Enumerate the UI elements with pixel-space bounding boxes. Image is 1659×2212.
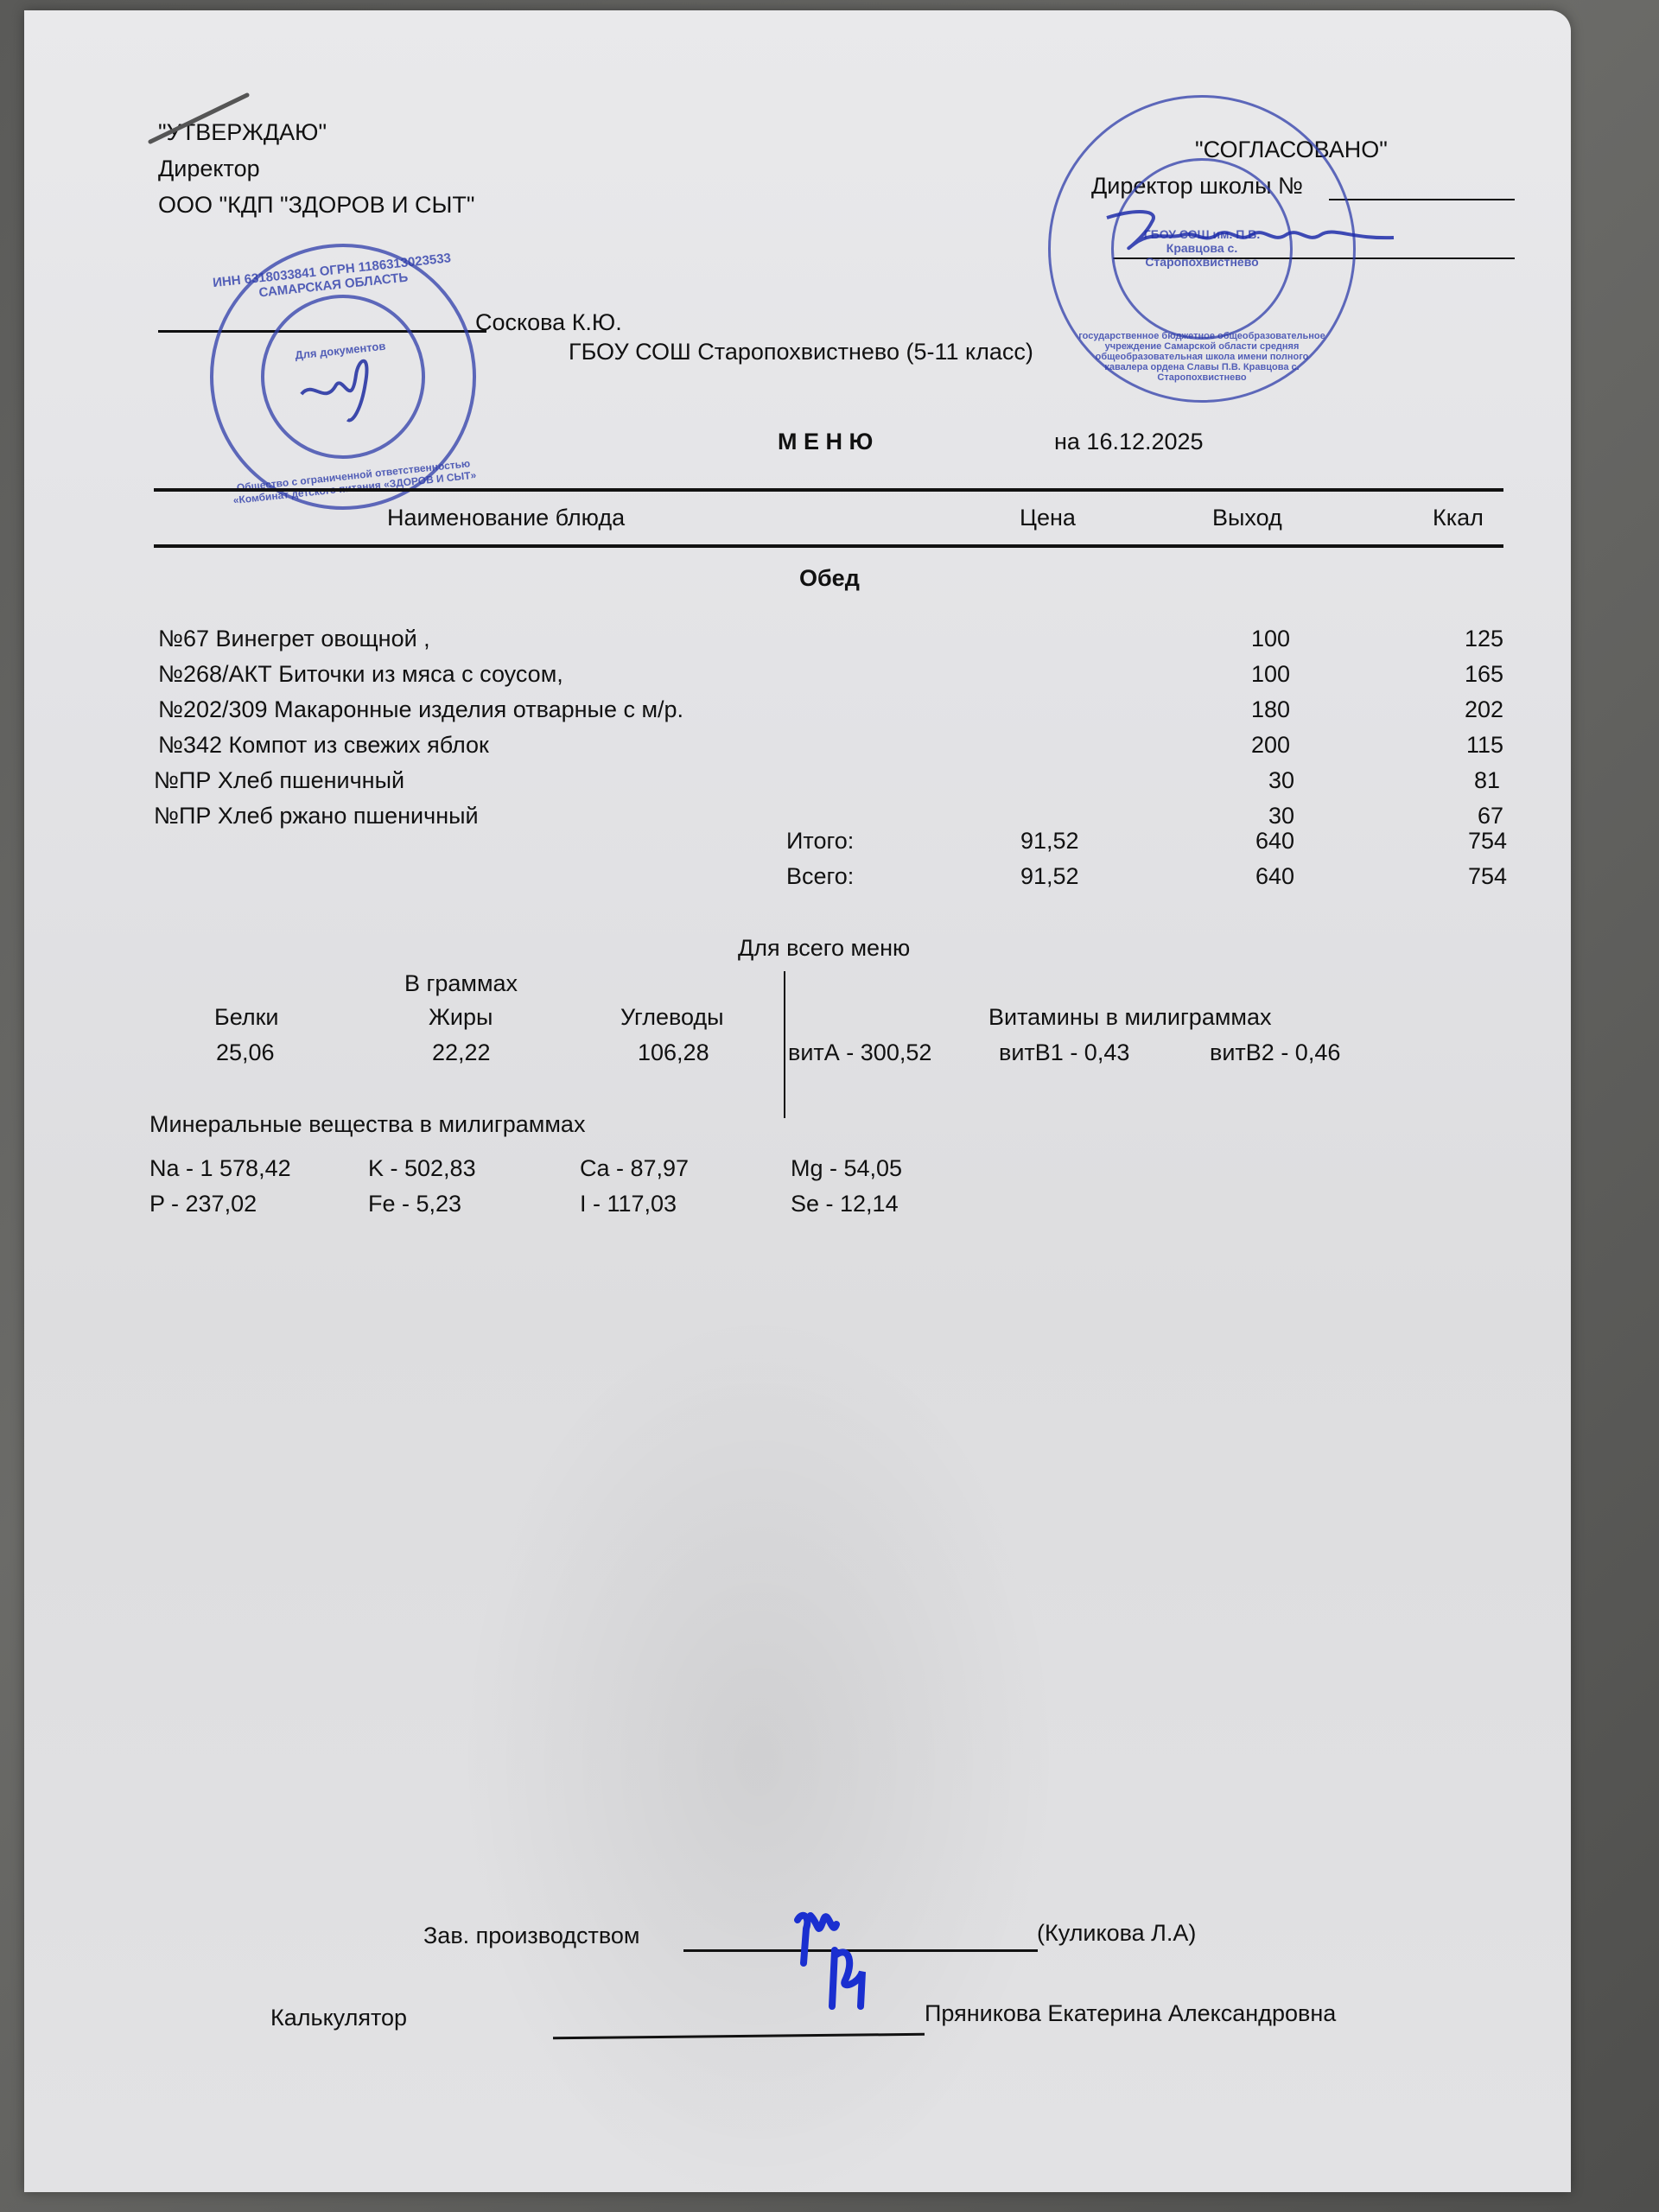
minerals-label: Минеральные вещества в милиграммах xyxy=(149,1113,585,1136)
company-stamp: ИНН 6318033841 ОГРН 1186313023533 САМАРС… xyxy=(197,231,490,524)
stamp-signature-icon xyxy=(293,346,396,433)
dish-name: №268/АКТ Биточки из мяса с соусом, xyxy=(158,663,563,686)
mineral-value: Se - 12,14 xyxy=(791,1192,899,1216)
production-manager-name: (Куликова Л.А) xyxy=(1037,1922,1196,1945)
total-kcal: 754 xyxy=(1372,865,1507,888)
approve-position: Директор xyxy=(158,157,260,181)
table-header-rule xyxy=(154,544,1503,548)
dish-name: №67 Винегрет овощной , xyxy=(158,627,430,651)
dish-yield: 200 xyxy=(1147,734,1290,757)
total-price: 91,52 xyxy=(1020,865,1079,888)
production-signature-icon xyxy=(785,1903,880,2015)
menu-date: на 16.12.2025 xyxy=(1054,430,1204,454)
column-header-kcal: Ккал xyxy=(1433,506,1484,530)
macro-protein-value: 25,06 xyxy=(216,1041,275,1065)
dish-kcal: 81 xyxy=(1372,769,1500,792)
dish-kcal: 165 xyxy=(1372,663,1503,686)
vitamin-b2: витВ2 - 0,46 xyxy=(1210,1041,1340,1065)
mineral-value: Ca - 87,97 xyxy=(580,1157,689,1180)
dish-yield: 100 xyxy=(1147,663,1290,686)
calculator-signature-line xyxy=(553,2033,925,2040)
calculator-label: Калькулятор xyxy=(270,2006,407,2030)
mineral-value: I - 117,03 xyxy=(580,1192,677,1216)
dish-name: №ПР Хлеб ржано пшеничный xyxy=(154,804,479,828)
vitamins-label: Витамины в милиграммах xyxy=(988,1006,1271,1029)
total-yield: 640 xyxy=(1147,865,1294,888)
column-header-name: Наименование блюда xyxy=(387,506,625,530)
dish-name: №202/309 Макаронные изделия отварные с м… xyxy=(158,698,683,721)
pen-mark-icon xyxy=(145,88,257,149)
total-label: Всего: xyxy=(786,865,854,888)
dish-yield: 180 xyxy=(1147,698,1290,721)
stamp-ring-text: Общество с ограниченной ответственностью… xyxy=(224,456,484,507)
mineral-value: P - 237,02 xyxy=(149,1192,257,1216)
agreed-signature-icon xyxy=(1100,205,1411,265)
subtotal-label: Итого: xyxy=(786,829,854,853)
macro-fat-value: 22,22 xyxy=(432,1041,491,1065)
subtotal-yield: 640 xyxy=(1147,829,1294,853)
school-stamp-ring-text: государственное бюджетное общеобразовате… xyxy=(1051,331,1353,383)
macro-carbs-value: 106,28 xyxy=(638,1041,709,1065)
school-name: ГБОУ СОШ Старопохвистнево (5-11 класс) xyxy=(569,340,1033,364)
mineral-value: Mg - 54,05 xyxy=(791,1157,902,1180)
production-manager-label: Зав. производством xyxy=(423,1924,640,1948)
menu-document-page: "УТВЕРЖДАЮ" Директор ООО "КДП "ЗДОРОВ И … xyxy=(24,10,1571,2192)
dish-yield: 30 xyxy=(1147,769,1294,792)
dish-kcal: 125 xyxy=(1372,627,1503,651)
macro-protein-label: Белки xyxy=(214,1006,279,1029)
dish-kcal: 202 xyxy=(1372,698,1503,721)
dish-yield: 100 xyxy=(1147,627,1290,651)
dish-name: №ПР Хлеб пшеничный xyxy=(154,769,404,792)
grams-label: В граммах xyxy=(404,972,518,995)
mineral-value: Na - 1 578,42 xyxy=(149,1157,291,1180)
approve-signer: Соскова К.Ю. xyxy=(475,311,622,334)
subtotal-kcal: 754 xyxy=(1372,829,1507,853)
dish-kcal: 115 xyxy=(1372,734,1503,757)
calculator-name: Пряникова Екатерина Александровна xyxy=(925,2002,1336,2025)
column-header-price: Цена xyxy=(1020,506,1076,530)
macro-carbs-label: Углеводы xyxy=(620,1006,724,1029)
table-top-rule xyxy=(154,488,1503,492)
paper-shadow xyxy=(456,1306,1061,2212)
nutrition-divider xyxy=(784,971,785,1118)
nutrition-title: Для всего меню xyxy=(738,937,910,960)
section-lunch: Обед xyxy=(799,567,860,590)
dish-yield: 30 xyxy=(1147,804,1294,828)
mineral-value: K - 502,83 xyxy=(368,1157,476,1180)
dish-kcal: 67 xyxy=(1372,804,1503,828)
approve-organization: ООО "КДП "ЗДОРОВ И СЫТ" xyxy=(158,194,475,217)
dish-name: №342 Компот из свежих яблок xyxy=(158,734,489,757)
school-number-line xyxy=(1329,199,1515,200)
macro-fat-label: Жиры xyxy=(429,1006,493,1029)
vitamin-b1: витВ1 - 0,43 xyxy=(999,1041,1129,1065)
column-header-yield: Выход xyxy=(1212,506,1282,530)
menu-title: М Е Н Ю xyxy=(778,430,873,454)
vitamin-a: витА - 300,52 xyxy=(788,1041,931,1065)
mineral-value: Fe - 5,23 xyxy=(368,1192,461,1216)
subtotal-price: 91,52 xyxy=(1020,829,1079,853)
